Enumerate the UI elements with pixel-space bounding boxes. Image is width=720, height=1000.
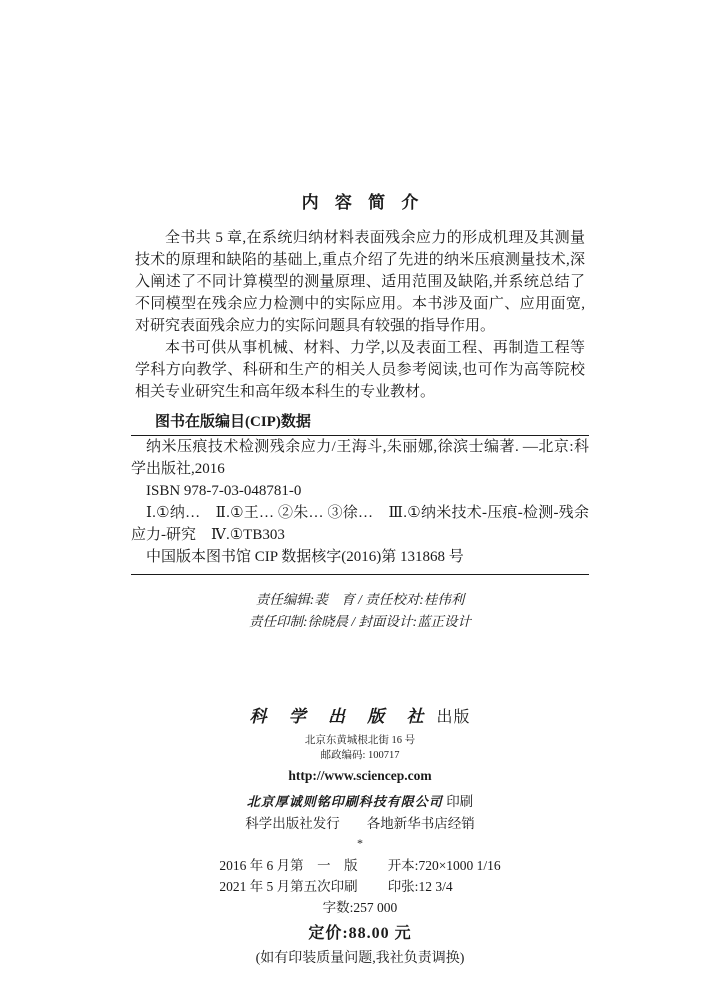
divider-asterisk: * <box>0 836 720 850</box>
intro-body: 全书共 5 章,在系统归纳材料表面残余应力的形成机理及其测量技术的原理和缺陷的基… <box>135 227 585 403</box>
intro-title: 内 容 简 介 <box>135 192 585 214</box>
printer-suffix: 印刷 <box>443 794 473 809</box>
price: 定价:88.00 元 <box>0 923 720 945</box>
publisher-suffix: 出版 <box>436 709 470 726</box>
quality-note: (如有印装质量问题,我社负责调换) <box>0 949 720 969</box>
printer-name: 北京厚诚则铭印刷科技有限公司 <box>247 794 443 809</box>
distribution-line: 科学出版社发行 各地新华书店经销 <box>0 814 720 833</box>
colophon-section: 科 学 出 版 社 出版 北京东黄城根北街 16 号 邮政编码: 100717 … <box>0 705 720 969</box>
cip-classification: Ⅰ.①纳… Ⅱ.①王… ②朱… ③徐… Ⅲ.①纳米技术-压痕-检测-残余应力-研… <box>131 502 589 546</box>
cip-header: 图书在版编目(CIP)数据 <box>131 411 589 433</box>
publisher-website: http://www.sciencep.com <box>0 767 720 785</box>
copyright-page: 内 容 简 介 全书共 5 章,在系统归纳材料表面残余应力的形成机理及其测量技术… <box>0 0 720 1000</box>
cip-isbn: ISBN 978-7-03-048781-0 <box>131 480 589 502</box>
publisher-address: 北京东黄城根北街 16 号 <box>0 733 720 748</box>
intro-paragraph-1: 全书共 5 章,在系统归纳材料表面残余应力的形成机理及其测量技术的原理和缺陷的基… <box>135 227 585 337</box>
intro-paragraph-2: 本书可供从事机械、材料、力学,以及表面工程、再制造工程等学科方向教学、科研和生产… <box>135 337 585 403</box>
cip-record-number: 中国版本图书馆 CIP 数据核字(2016)第 131868 号 <box>131 546 589 568</box>
edition-info: 2016 年 6 月第 一 版 开本:720×1000 1/16 2021 年 … <box>0 855 720 897</box>
cip-section: 图书在版编目(CIP)数据 纳米压痕技术检测残余应力/王海斗,朱丽娜,徐滨士编著… <box>131 411 589 575</box>
cip-body: 纳米压痕技术检测残余应力/王海斗,朱丽娜,徐滨士编著. —北京:科学出版社,20… <box>131 436 589 568</box>
credits-line-printing: 责任印制:徐晓晨 / 封面设计:蓝正设计 <box>0 611 720 633</box>
intro-section: 内 容 简 介 全书共 5 章,在系统归纳材料表面残余应力的形成机理及其测量技术… <box>135 0 585 403</box>
credits-section: 责任编辑:裴 育 / 责任校对:桂伟利 责任印制:徐晓晨 / 封面设计:蓝正设计 <box>0 589 720 633</box>
publisher-postcode: 邮政编码: 100717 <box>0 748 720 763</box>
publisher-line: 科 学 出 版 社 出版 <box>0 705 720 730</box>
word-count: 字数:257 000 <box>0 898 720 918</box>
cip-bottom-rule <box>131 574 589 575</box>
printing-date: 2021 年 5 月第五次印刷 <box>219 876 357 897</box>
cip-book-line: 纳米压痕技术检测残余应力/王海斗,朱丽娜,徐滨士编著. —北京:科学出版社,20… <box>131 436 589 480</box>
sheet-count: 印张:12 3/4 <box>388 876 501 897</box>
printer-line: 北京厚诚则铭印刷科技有限公司 印刷 <box>0 793 720 811</box>
format-spec: 开本:720×1000 1/16 <box>388 855 501 876</box>
publisher-logotype: 科 学 出 版 社 <box>249 707 432 726</box>
credits-line-editor: 责任编辑:裴 育 / 责任校对:桂伟利 <box>0 589 720 611</box>
edition-date: 2016 年 6 月第 一 版 <box>219 855 357 876</box>
